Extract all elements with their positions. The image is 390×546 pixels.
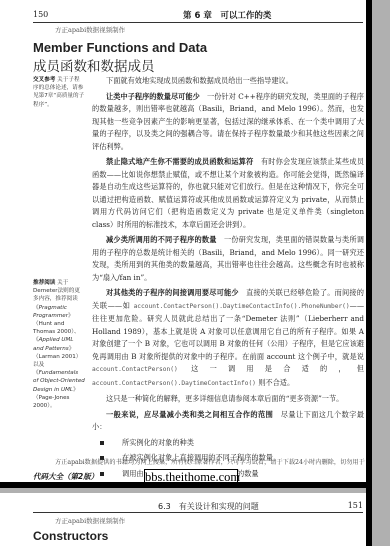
page-150: 150 第 6 章 可以工作的类 方正apabi数据视频制作 Member Fu… [0, 0, 365, 485]
section-title-zh: 成员函数和数据成员 [33, 55, 155, 75]
paragraph-heading: 对其他类的子程序的间接调用要尽可能少 [106, 288, 239, 297]
paragraph-fewer-routines: 让类中子程序的数量尽可能少 一份针对 C++程序的研究发现，类里面的子程序的数量… [92, 91, 364, 154]
paragraph-minimize-calls: 减少类所调用的不同子程序的数量 一份研究发现，类里面的错误数量与类所调用的子程序… [92, 234, 364, 284]
page-number: 150 [33, 10, 48, 19]
paragraph-demeter: 对其他类的子程序的间接调用要尽可能少 直接的关联已经够危险了。而间接的关联——如… [92, 287, 364, 390]
sidenote-label: 推荐阅读 [33, 280, 55, 286]
code-snippet: account.ContactPerson() [92, 366, 178, 373]
paragraph-text: 有时你会发现应该禁止某些成员函数——比如说你想禁止赋值，或不想让某个对象被构造。… [92, 157, 364, 229]
sidenote-further-reading: 推荐阅读 关于Demeter法则的更多内容，推荐阅读《Pragmatic Pro… [33, 279, 85, 410]
page-number: 151 [348, 501, 363, 510]
paragraph-collaboration: 一般来说，应尽量减小类和类之间相互合作的范围 尽量让下面这几个数字最小： [92, 409, 364, 434]
viewer-gutter [372, 0, 390, 546]
chapter-title: 第 6 章 可以工作的类 [183, 9, 271, 21]
paragraph-text: 这一调用是合适的，但 [178, 364, 364, 373]
code-snippet: account.ContactPerson().DaytimeContactIn… [134, 303, 350, 310]
running-title: 6.3 有关设计和实现的问题 [158, 501, 259, 512]
footer-book-title: 代码大全（第2版） [33, 471, 98, 482]
intro-paragraph: 下面就有效地实现成员函数和数据成员给出一些指导建议。 [92, 75, 364, 88]
bullet-item: 所实例化的对象的种类 [92, 437, 364, 450]
paragraph-disallow-implicit: 禁止隐式地产生你不需要的成员函数和运算符 有时你会发现应该禁止某些成员函数——比… [92, 156, 364, 231]
sidenote-cross-reference: 交叉参考 关于子程序的总体论述，请参见第7章“高质量的子程序”。 [33, 76, 85, 109]
paragraph-text: 则不合适。 [256, 378, 294, 387]
book-title: Pragmatic Programmer [33, 305, 68, 319]
paragraph-heading: 减少类所调用的不同子程序的数量 [106, 235, 217, 244]
watermark-bottom: 方正apabi数据提供的书籍均为网上搜集，所有权归原著作者，只可学习试看，请于下… [55, 457, 365, 466]
paragraph-simplified: 这只是一种简化的解释，更多详细信息请参阅本章后面的“更多资源”一节。 [92, 393, 364, 406]
paragraph-heading: 一般来说，应尽量减小类和类之间相互合作的范围 [106, 410, 273, 419]
section-title: Constructors [33, 529, 108, 543]
book-title: Applied UML and Patterns [33, 337, 73, 351]
paragraph-heading: 让类中子程序的数量尽可能少 [106, 92, 200, 101]
document-viewer: 150 第 6 章 可以工作的类 方正apabi数据视频制作 Member Fu… [0, 0, 390, 546]
header-rule [33, 22, 363, 23]
section-title-en: Member Functions and Data [33, 40, 207, 55]
page-151: 6.3 有关设计和实现的问题 151 方正apabi数据视频制作 Constru… [0, 493, 365, 546]
running-head: 150 第 6 章 可以工作的类 [33, 10, 363, 22]
body-text: 下面就有效地实现成员函数和数据成员给出一些指导建议。 让类中子程序的数量尽可能少… [92, 75, 364, 483]
code-snippet: account.ContactPerson().DaytimeContactIn… [92, 380, 256, 387]
sidenote-label: 交叉参考 [33, 77, 55, 83]
paragraph-heading: 禁止隐式地产生你不需要的成员函数和运算符 [106, 157, 254, 166]
header-rule [33, 512, 363, 513]
watermark-top: 方正apabi数据视频制作 [55, 25, 125, 34]
watermark-top: 方正apabi数据视频制作 [55, 516, 125, 525]
